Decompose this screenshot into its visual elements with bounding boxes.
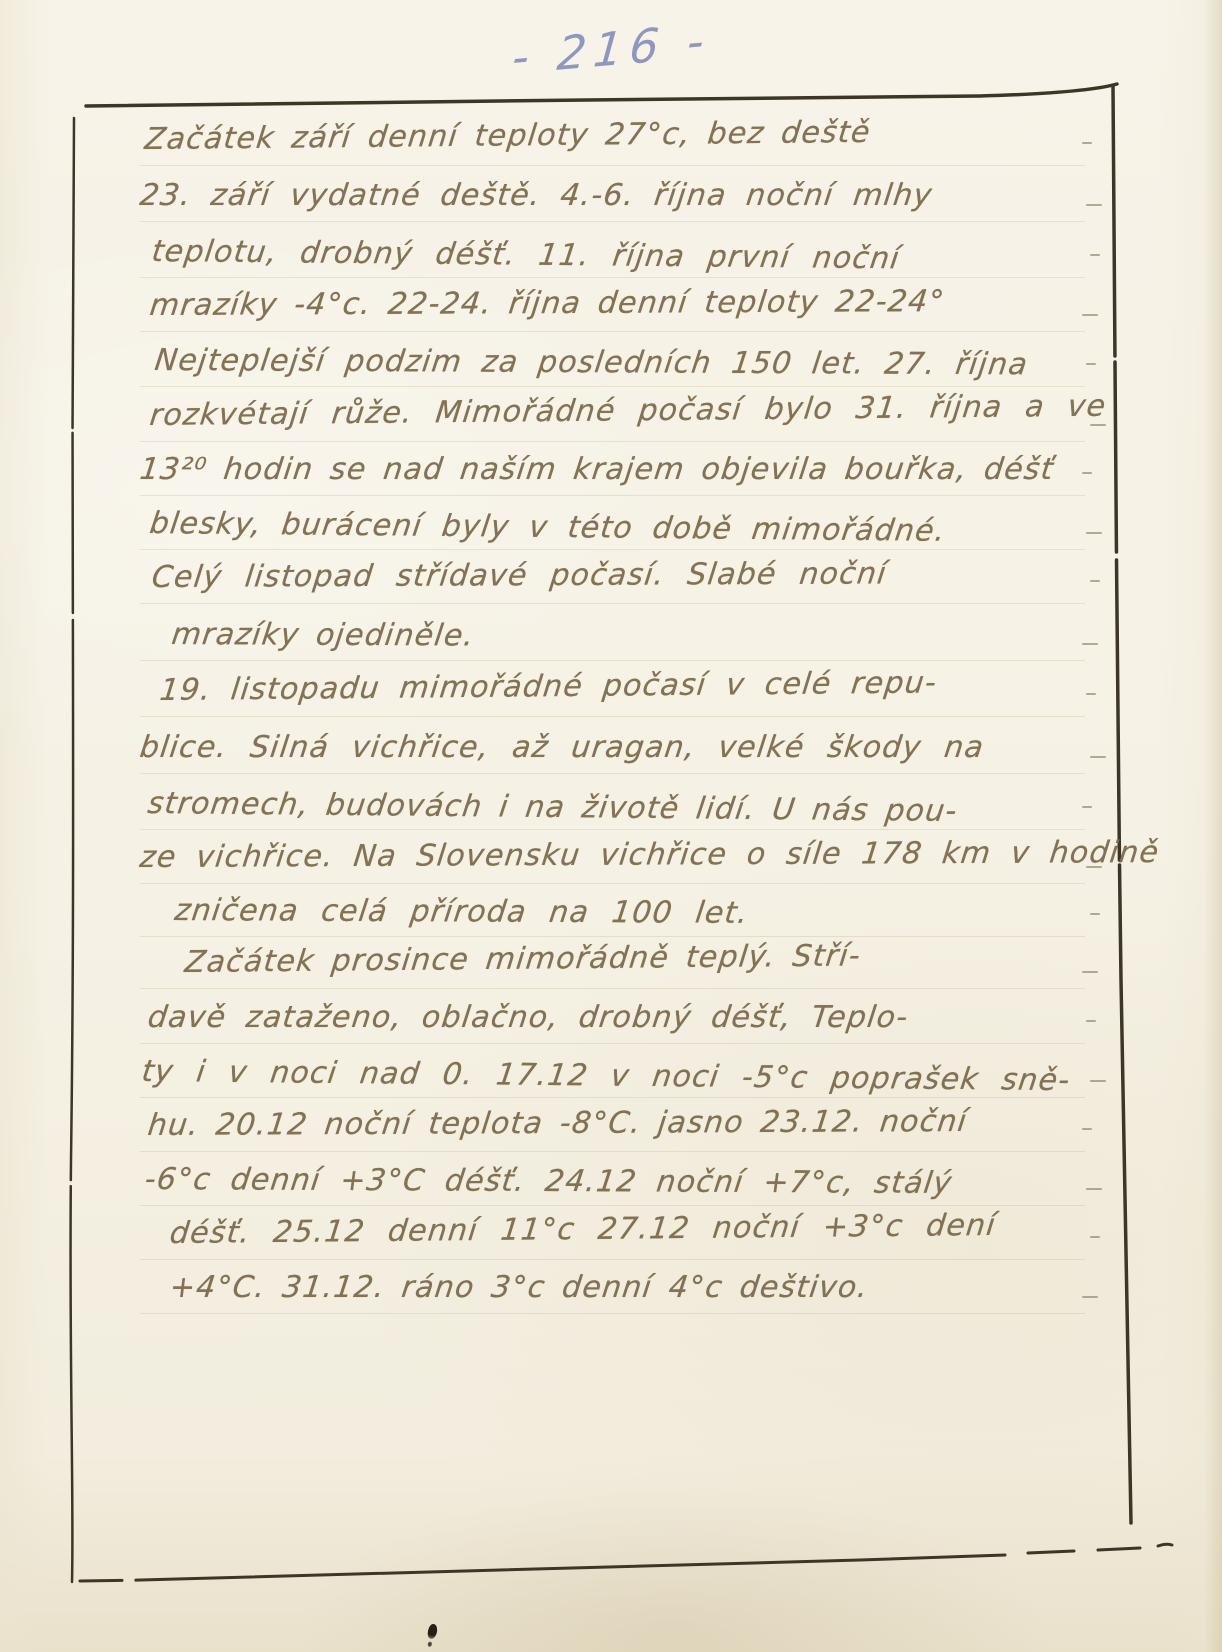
faint-guide-line <box>140 1259 1085 1260</box>
margin-tick <box>1082 472 1092 474</box>
handwritten-line: ze vichřice. Na Slovensku vichřice o síl… <box>138 835 1161 875</box>
page-number: - 216 - <box>510 13 713 85</box>
handwritten-line: +4°C. 31.12. ráno 3°c denní 4°c deštivo. <box>168 1270 871 1305</box>
handwritten-line: mrazíky -4°c. 22-24. října denní teploty… <box>148 284 947 323</box>
faint-guide-line <box>140 603 1085 604</box>
faint-guide-line <box>140 936 1085 937</box>
faint-guide-line <box>140 1151 1085 1152</box>
faint-guide-line <box>140 1097 1085 1098</box>
faint-guide-line <box>140 716 1085 717</box>
handwritten-line: Celý listopad střídavé počasí. Slabé noč… <box>150 556 889 595</box>
faint-guide-line <box>140 221 1085 222</box>
margin-tick <box>1086 532 1102 534</box>
handwritten-line: ty i v noci nad 0. 17.12 v noci -5°c pop… <box>140 1054 1073 1098</box>
faint-guide-line <box>140 441 1085 442</box>
faint-guide-line <box>140 660 1085 661</box>
border-right <box>1113 86 1131 1523</box>
faint-guide-line <box>140 495 1085 496</box>
margin-tick <box>1090 1080 1106 1082</box>
handwritten-line: 19. listopadu mimořádné počasí v celé re… <box>158 665 939 708</box>
margin-tick <box>1090 756 1106 758</box>
handwritten-line: Začátek prosince mimořádně teplý. Stří- <box>183 938 863 980</box>
faint-guide-line <box>140 549 1085 550</box>
margin-tick <box>1086 1188 1102 1190</box>
border-top <box>86 84 1117 106</box>
faint-guide-line <box>140 386 1085 387</box>
margin-tick <box>1090 913 1100 915</box>
faint-guide-line <box>140 331 1085 332</box>
scanned-page: - 216 - Začátek září denní teploty 27°c,… <box>0 0 1222 1652</box>
border-bottom-dashes <box>1028 1544 1172 1553</box>
handwritten-line: mrazíky ojediněle. <box>170 617 477 653</box>
margin-tick <box>1082 971 1098 973</box>
handwritten-line: blice. Silná vichřice, až uragan, velké … <box>138 730 986 765</box>
ink-mark <box>426 1623 438 1640</box>
handwritten-line: blesky, burácení byly v této době mimořá… <box>148 506 948 549</box>
margin-tick <box>1090 1236 1100 1238</box>
handwritten-line: 13²⁰ hodin se nad naším krajem objevila … <box>138 452 1056 487</box>
border-bottom <box>80 1555 1005 1581</box>
margin-tick <box>1086 363 1096 365</box>
margin-tick <box>1090 580 1100 582</box>
margin-tick <box>1090 424 1106 426</box>
margin-tick <box>1082 1296 1098 1298</box>
handwritten-line: -6°c denní +3°C déšť. 24.12 noční +7°c, … <box>143 1162 955 1201</box>
handwritten-line: Začátek září denní teploty 27°c, bez deš… <box>143 115 873 157</box>
handwritten-line: stromech, budovách i na životě lidí. U n… <box>146 786 960 829</box>
margin-tick <box>1090 254 1100 256</box>
margin-tick <box>1086 1020 1096 1022</box>
margin-tick <box>1082 142 1092 144</box>
faint-guide-line <box>140 883 1085 884</box>
margin-tick <box>1086 693 1096 695</box>
handwritten-line: teplotu, drobný déšť. 11. října první no… <box>150 234 903 276</box>
faint-guide-line <box>140 1043 1085 1044</box>
faint-guide-line <box>140 829 1085 830</box>
faint-guide-line <box>140 277 1085 278</box>
handwritten-line: rozkvétají růže. Mimořádné počasí bylo 3… <box>148 389 1108 433</box>
faint-guide-line <box>140 773 1085 774</box>
handwritten-line: Nejteplejší podzim za posledních 150 let… <box>153 343 1031 382</box>
margin-tick <box>1086 204 1102 206</box>
faint-guide-line <box>140 988 1085 989</box>
margin-tick <box>1082 1128 1092 1130</box>
margin-tick <box>1082 314 1098 316</box>
handwritten-line: hu. 20.12 noční teplota -8°C. jasno 23.1… <box>146 1104 969 1143</box>
handwritten-line: zničena celá příroda na 100 let. <box>173 893 751 931</box>
faint-guide-line <box>140 165 1085 166</box>
faint-guide-line <box>140 1313 1085 1314</box>
border-left <box>71 118 74 1582</box>
handwritten-line: 23. září vydatné deště. 4.-6. října nočn… <box>138 178 935 213</box>
faint-guide-line <box>140 1205 1085 1206</box>
margin-tick <box>1082 643 1098 645</box>
margin-tick <box>1082 806 1092 808</box>
handwritten-line: davě zataženo, oblačno, drobný déšť, Tep… <box>146 1000 911 1035</box>
handwritten-line: déšť. 25.12 denní 11°c 27.12 noční +3°c … <box>168 1208 998 1251</box>
